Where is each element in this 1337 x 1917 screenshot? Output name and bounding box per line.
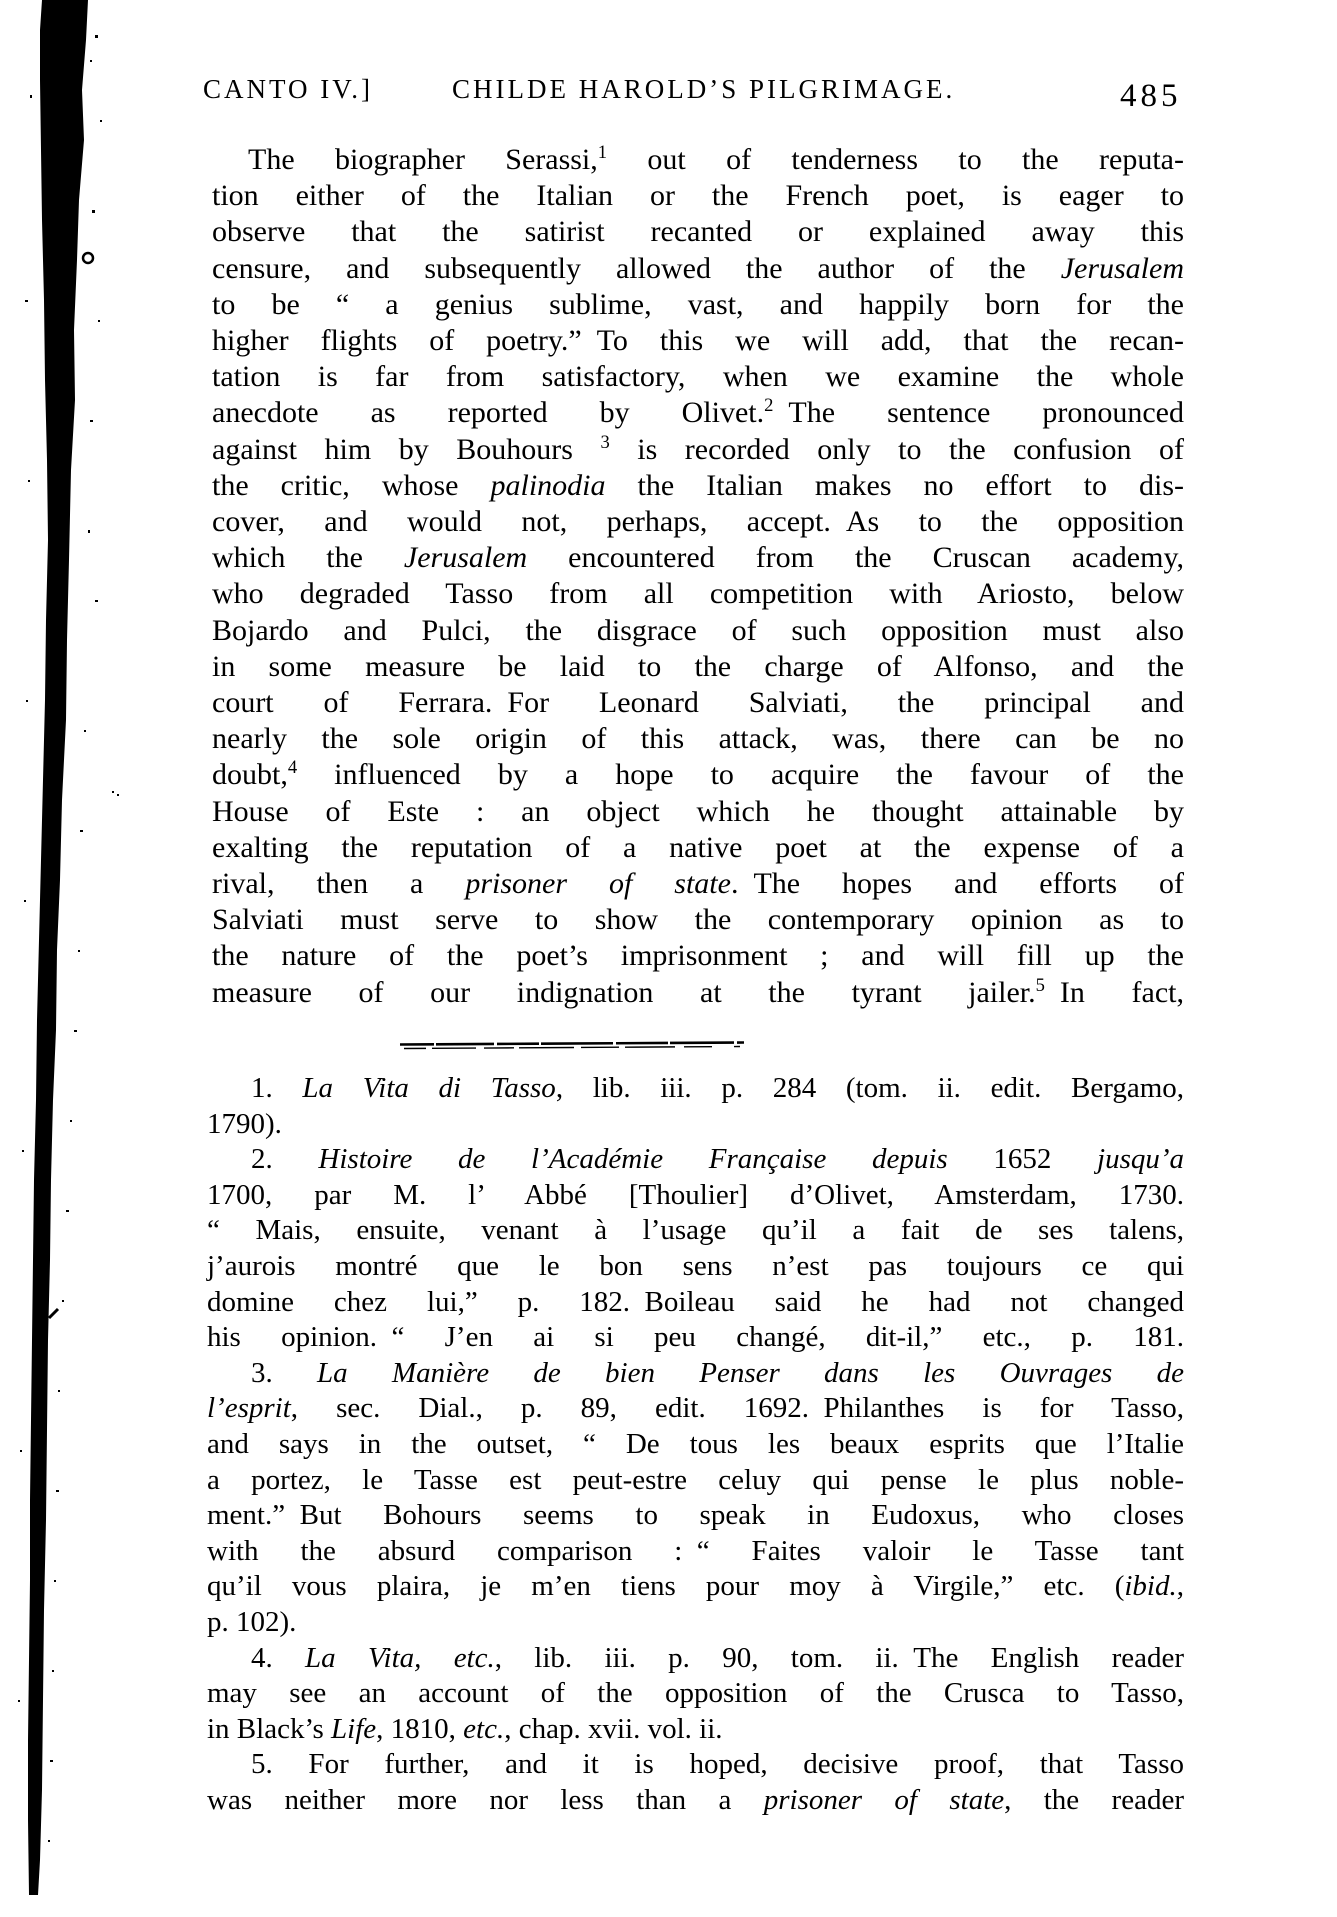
text-line: and says in the outset, “ De tous les be… <box>207 1427 1184 1463</box>
text-line: 3. La Manière de bien Penser dans les Ou… <box>207 1356 1184 1392</box>
text-line: measure of our indignation at the tyrant… <box>212 975 1184 1011</box>
footnotes: 1. La Vita di Tasso, lib. iii. p. 284 (t… <box>207 1071 1184 1818</box>
scan-gutter-band <box>18 0 119 1895</box>
text-line: which the Jerusalem encountered from the… <box>212 540 1184 576</box>
text-line: 2. Histoire de l’Académie Française depu… <box>207 1142 1184 1178</box>
text-line: nearly the sole origin of this attack, w… <box>212 721 1184 757</box>
text-line: rival, then a prisoner of state. The hop… <box>212 866 1184 902</box>
text-line: Bojardo and Pulci, the disgrace of such … <box>212 613 1184 649</box>
text-line: court of Ferrara. For Leonard Salviati, … <box>212 685 1184 721</box>
text-line: tion either of the Italian or the French… <box>212 178 1184 214</box>
ink-ring-mark <box>83 253 93 263</box>
text-line: House of Este : an object which he thoug… <box>212 794 1184 830</box>
text-line: with the absurd comparison : “ Faites va… <box>207 1534 1184 1570</box>
text-line: against him by Bouhours 3 is recorded on… <box>212 432 1184 468</box>
text-line: the nature of the poet’s imprisonment ; … <box>212 938 1184 974</box>
text-line: cover, and would not, perhaps, accept. A… <box>212 504 1184 540</box>
text-line: doubt,4 influenced by a hope to acquire … <box>212 757 1184 793</box>
text-line: to be “ a genius sublime, vast, and happ… <box>212 287 1184 323</box>
book-page-scan: { "header": { "canto_label": "CANTO IV.]… <box>0 0 1337 1917</box>
text-line: qu’il vous plaira, je m’en tiens pour mo… <box>207 1569 1184 1605</box>
text-line: p. 102). <box>207 1605 1184 1641</box>
text-line: j’aurois montré que le bon sens n’est pa… <box>207 1249 1184 1285</box>
text-line: 5. For further, and it is hoped, decisiv… <box>207 1747 1184 1783</box>
text-line: 1790). <box>207 1107 1184 1143</box>
text-line: exalting the reputation of a native poet… <box>212 830 1184 866</box>
text-line: 1700, par M. l’ Abbé [Thoulier] d’Olivet… <box>207 1178 1184 1214</box>
text-line: higher flights of poetry.” To this we wi… <box>212 323 1184 359</box>
text-line: tation is far from satisfactory, when we… <box>212 359 1184 395</box>
text-line: 1. La Vita di Tasso, lib. iii. p. 284 (t… <box>207 1071 1184 1107</box>
text-line: a portez, le Tasse est peut-estre celuy … <box>207 1463 1184 1499</box>
text-line: domine chez lui,” p. 182. Boileau said h… <box>207 1285 1184 1321</box>
header-book-title: CHILDE HAROLD’S PILGRIMAGE. <box>452 74 955 105</box>
text-line: was neither more nor less than a prisone… <box>207 1783 1184 1819</box>
text-line: The biographer Serassi,1 out of tenderne… <box>212 142 1184 178</box>
text-line: anecdote as reported by Olivet.2 The sen… <box>212 395 1184 431</box>
text-line: “ Mais, ensuite, venant à l’usage qu’il … <box>207 1213 1184 1249</box>
text-line: may see an account of the opposition of … <box>207 1676 1184 1712</box>
text-line: in Black’s Life, 1810, etc., chap. xvii.… <box>207 1712 1184 1748</box>
text-line: ment.” But Bohours seems to speak in Eud… <box>207 1498 1184 1534</box>
text-line: censure, and subsequently allowed the au… <box>212 251 1184 287</box>
text-line: his opinion. “ J’en ai si peu changé, di… <box>207 1320 1184 1356</box>
text-line: l’esprit, sec. Dial., p. 89, edit. 1692.… <box>207 1391 1184 1427</box>
text-line: observe that the satirist recanted or ex… <box>212 214 1184 250</box>
header-page-number: 485 <box>1120 78 1182 115</box>
text-line: 4. La Vita, etc., lib. iii. p. 90, tom. … <box>207 1641 1184 1677</box>
header-canto-label: CANTO IV.] <box>203 74 373 105</box>
text-line: who degraded Tasso from all competition … <box>212 576 1184 612</box>
text-line: Salviati must serve to show the contempo… <box>212 902 1184 938</box>
text-line: the critic, whose palinodia the Italian … <box>212 468 1184 504</box>
text-line: in some measure be laid to the charge of… <box>212 649 1184 685</box>
footnote-divider <box>400 1043 744 1049</box>
body-text: The biographer Serassi,1 out of tenderne… <box>212 142 1184 1011</box>
